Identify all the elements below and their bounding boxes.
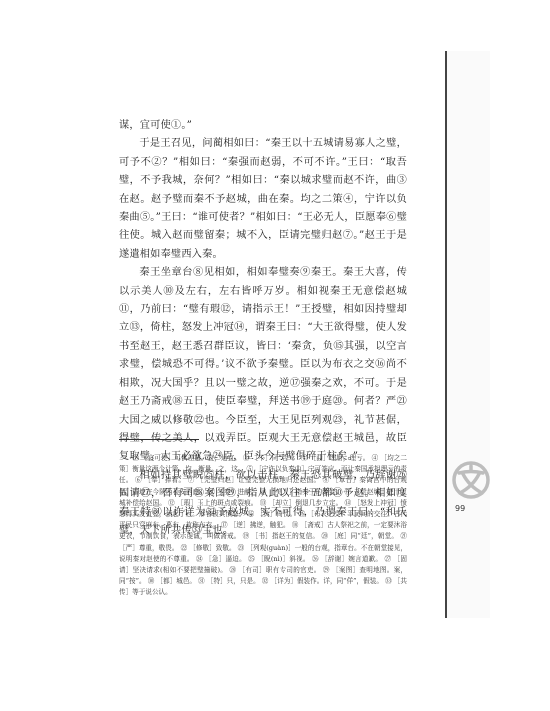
page-number: 99 — [455, 504, 465, 513]
margin-panel — [447, 51, 490, 618]
footnote-text: ① ［宜可使］可供差遣。宜，适宜。 ② ［不］同“否”。 ③ ［曲］理屈，理亏。… — [119, 453, 407, 599]
paragraph: 秦王坐章台⑧见相如，相如奉璧奏⑨秦王。秦王大喜，传以示美人⑩及左右，左右皆呼万岁… — [119, 264, 407, 466]
footnotes: ① ［宜可使］可供差遣。宜，适宜。 ② ［不］同“否”。 ③ ［曲］理屈，理亏。… — [119, 453, 407, 599]
wen-logo-icon — [451, 460, 491, 500]
footnote-divider — [119, 439, 199, 440]
paragraph: 于是王召见，问蔺相如曰：“秦王以十五城请易寡人之璧，可予不②？”相如曰：“秦强而… — [119, 135, 407, 264]
paragraph: 谋，宜可使①。” — [119, 117, 407, 135]
